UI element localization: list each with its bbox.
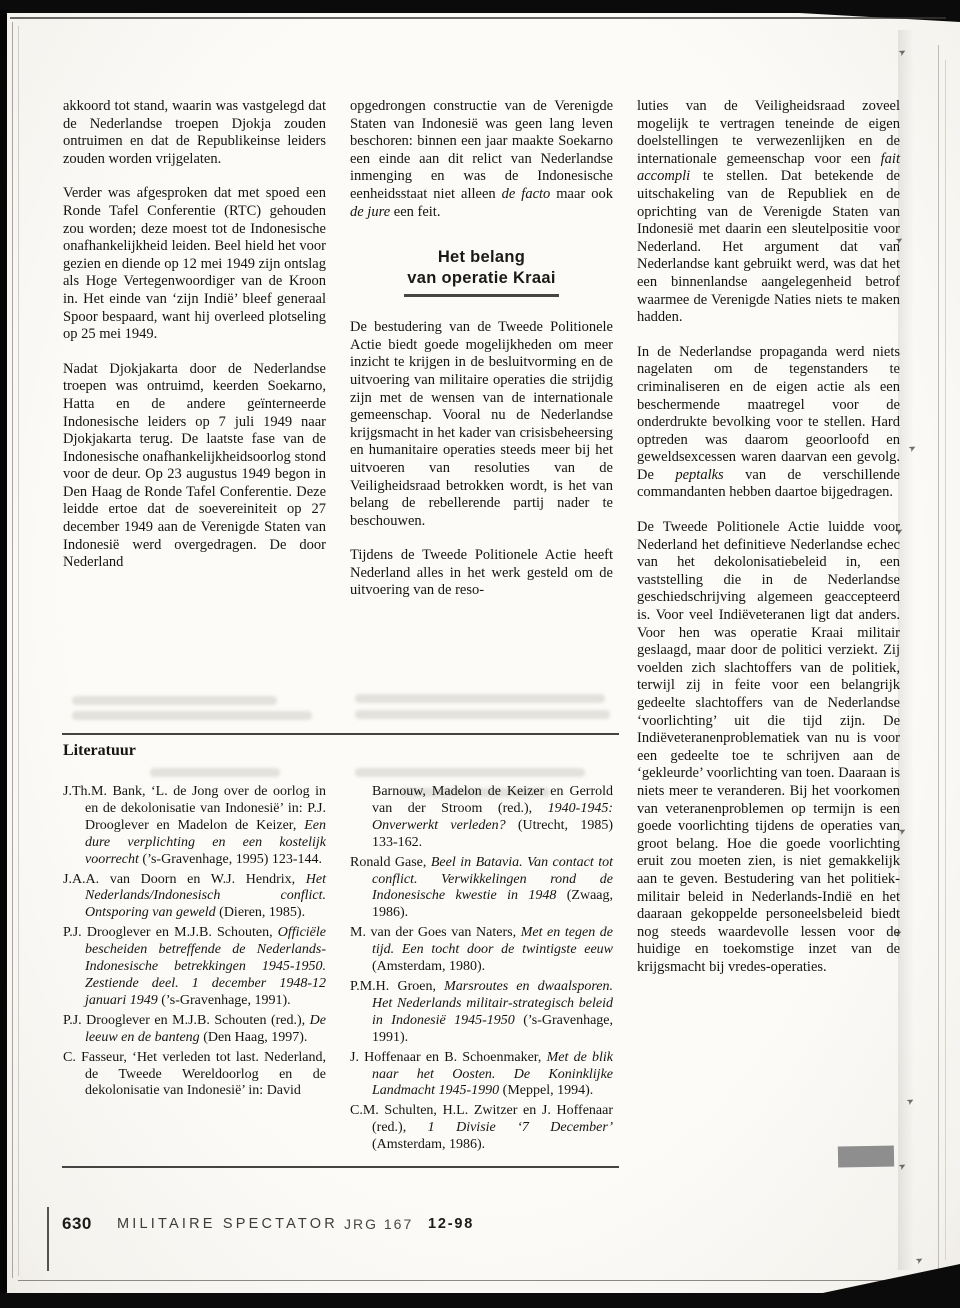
article-column-middle: opgedrongen constructie van de Verenigde…: [350, 98, 613, 617]
bleed-through: [72, 711, 312, 720]
text-run: (Meppel, 1994).: [499, 1083, 593, 1098]
text-run: J.Th.M. Bank, ‘L. de Jong over de oorlog…: [63, 784, 326, 833]
text-run: Nadat Djokjakarta door de Nederlandse tr…: [63, 361, 326, 571]
text-run: P.M.H. Groen,: [350, 979, 444, 994]
paragraph: De bestudering van de Tweede Politionele…: [350, 319, 613, 530]
text-run: C. Fasseur, ‘Het verleden tot last. Nede…: [63, 1050, 326, 1099]
scan-edge-bottom: [0, 1293, 960, 1308]
scan-mark-icon: ➤: [914, 1255, 925, 1267]
article-column-right: luties van de Veiligheidsraad zoveel mog…: [637, 98, 900, 994]
paragraph: luties van de Veiligheidsraad zoveel mog…: [637, 98, 900, 327]
end-of-article-marker: [838, 1146, 894, 1168]
section-heading: Het belangvan operatie Kraai: [350, 247, 613, 297]
scan-binding-edge: [0, 10, 7, 1294]
text-run: De bestudering van de Tweede Politionele…: [350, 319, 613, 529]
paragraph: In de Nederlandse propaganda werd niets …: [637, 344, 900, 502]
literature-entry: Barnouw, Madelon de Keizer en Gerrold va…: [350, 784, 613, 852]
literature-entry: M. van der Goes van Naters, Met en tegen…: [350, 925, 613, 976]
page-top-edge-line: [10, 17, 946, 19]
bleed-through: [355, 710, 610, 719]
paragraph: De Tweede Politionele Actie luidde voor …: [637, 519, 900, 976]
paragraph: opgedrongen constructie van de Verenigde…: [350, 98, 613, 221]
literature-entry: P.J. Drooglever en M.J.B. Schouten, Offi…: [63, 925, 326, 1010]
literature-divider-top: [62, 733, 619, 735]
literature-divider-bottom: [62, 1166, 619, 1168]
page-right-edge-line-2: [945, 60, 946, 1260]
italic-text: de facto: [502, 186, 551, 202]
literature-entry: C. Fasseur, ‘Het verleden tot last. Nede…: [63, 1050, 326, 1101]
text-run: P.J. Drooglever en M.J.B. Schouten,: [63, 925, 278, 940]
text-run: maar ook: [550, 186, 613, 202]
literature-column-right: Barnouw, Madelon de Keizer en Gerrold va…: [350, 784, 613, 1157]
article-column-left: akkoord tot stand, waarin was vastgelegd…: [63, 98, 326, 589]
section-heading-underline: Het belangvan operatie Kraai: [404, 247, 558, 297]
text-run: M. van der Goes van Naters,: [350, 925, 521, 940]
italic-text: peptalks: [675, 467, 723, 483]
text-run: (Amsterdam, 1986).: [372, 1137, 485, 1152]
page-bottom-edge-line: [18, 1280, 934, 1281]
text-run: De Tweede Politionele Actie luidde voor …: [637, 519, 900, 975]
bleed-through: [72, 696, 277, 705]
text-run: een feit.: [390, 204, 440, 220]
paragraph: Verder was afgesproken dat met spoed een…: [63, 185, 326, 343]
text-run: Ronald Gase,: [350, 855, 431, 870]
text-run: luties van de Veiligheidsraad zoveel mog…: [637, 98, 900, 167]
page-number: 630: [62, 1214, 92, 1234]
literature-column-left: J.Th.M. Bank, ‘L. de Jong over de oorlog…: [63, 784, 326, 1103]
literature-entry: P.M.H. Groen, Marsroutes en dwaalsporen.…: [350, 979, 613, 1047]
section-heading-line: Het belang: [407, 247, 555, 268]
text-run: (’s-Gravenhage, 1991).: [158, 993, 291, 1008]
literature-entry: J. Hoffenaar en B. Schoenmaker, Met de b…: [350, 1050, 613, 1101]
text-run: (Amsterdam, 1980).: [372, 959, 485, 974]
journal-title: MILITAIRE SPECTATOR: [117, 1216, 338, 1232]
scan-edge-bottom-corner: [818, 1264, 960, 1294]
bleed-through: [355, 768, 585, 777]
text-run: akkoord tot stand, waarin was vastgelegd…: [63, 98, 326, 167]
bleed-through: [150, 768, 280, 777]
scanned-journal-page: ➤ ➤ ➤ ➤ ➤ ➤ ➤ ➤ ➤ akkoord tot stand, waa…: [0, 0, 960, 1308]
page-right-edge-shadow: [898, 30, 914, 1270]
literature-entry: J.A.A. van Doorn en W.J. Hendrix, Het Ne…: [63, 872, 326, 923]
text-run: J. Hoffenaar en B. Schoenmaker,: [350, 1050, 547, 1065]
text-run: (Dieren, 1985).: [216, 905, 305, 920]
literature-entry: P.J. Drooglever en M.J.B. Schouten (red.…: [63, 1013, 326, 1047]
literature-entry: C.M. Schulten, H.L. Zwitzer en J. Hoffen…: [350, 1103, 613, 1154]
text-run: (Den Haag, 1997).: [200, 1030, 308, 1045]
paragraph: Nadat Djokjakarta door de Nederlandse tr…: [63, 361, 326, 572]
text-run: J.A.A. van Doorn en W.J. Hendrix,: [63, 872, 306, 887]
section-heading-line: van operatie Kraai: [407, 268, 555, 289]
literature-entry: Ronald Gase, Beel in Batavia. Van contac…: [350, 855, 613, 923]
paragraph: akkoord tot stand, waarin was vastgelegd…: [63, 98, 326, 168]
bleed-through: [355, 694, 605, 703]
text-run: te stellen. Dat betekende de uitschakeli…: [637, 168, 900, 325]
text-run: Tijdens de Tweede Politionele Actie heef…: [350, 547, 613, 598]
literature-entry: J.Th.M. Bank, ‘L. de Jong over de oorlog…: [63, 784, 326, 869]
text-run: In de Nederlandse propaganda werd niets …: [637, 344, 900, 483]
footer-divider: [47, 1207, 49, 1271]
issue-label: 12-98: [428, 1216, 474, 1232]
italic-text: 1 Divisie ‘7 December’: [428, 1120, 613, 1135]
paragraph: Tijdens de Tweede Politionele Actie heef…: [350, 547, 613, 600]
literature-heading: Literatuur: [63, 742, 136, 760]
volume-label: JRG 167: [344, 1216, 413, 1232]
text-run: P.J. Drooglever en M.J.B. Schouten (red.…: [63, 1013, 310, 1028]
page-right-edge-line: [938, 45, 939, 1275]
page-footer: 630 MILITAIRE SPECTATOR JRG 167 12-98: [0, 1212, 960, 1252]
text-run: Verder was afgesproken dat met spoed een…: [63, 185, 326, 342]
page-left-edge-line: [12, 22, 13, 1278]
text-run: (’s-Gravenhage, 1995) 123-144.: [139, 852, 322, 867]
italic-text: de jure: [350, 204, 390, 220]
page-left-edge-line-2: [18, 26, 19, 1276]
